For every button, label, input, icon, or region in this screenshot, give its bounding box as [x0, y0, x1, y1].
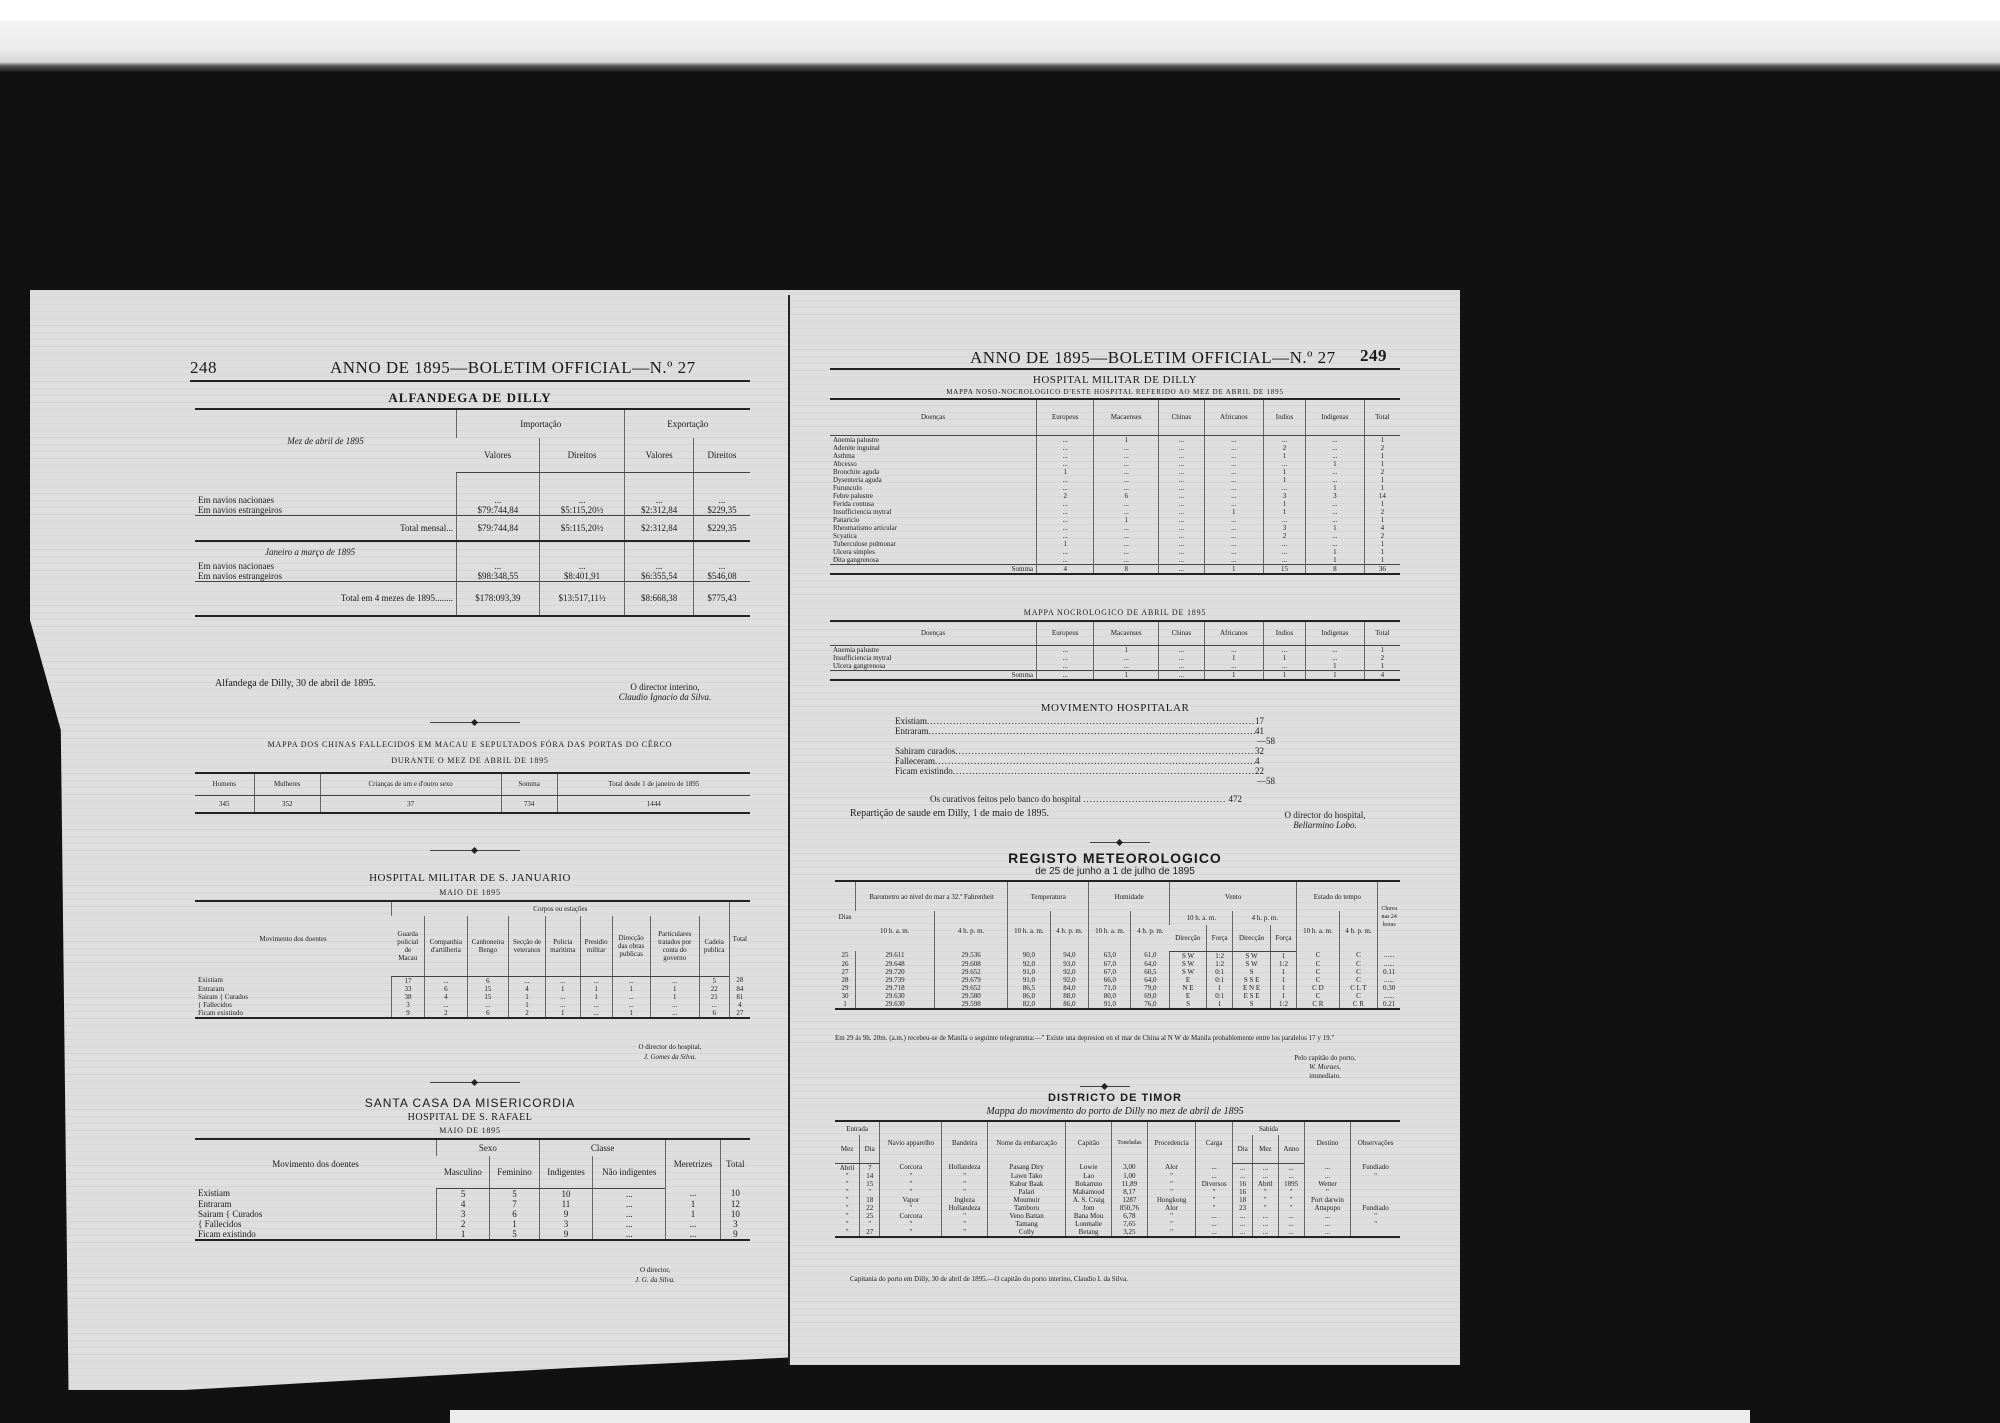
table-row: Ulcera simples...............11: [830, 548, 1400, 556]
movimento-subtotal: —58: [895, 736, 1275, 746]
running-head: ANNO DE 1895—BOLETIM OFFICIAL—N.º 27: [330, 358, 696, 378]
table-row: Ficam existindo159......9: [195, 1229, 750, 1240]
hospital-dilly-title: HOSPITAL MILITAR DE DILLY: [830, 374, 1400, 386]
timor-title: DISTRICTO DE TIMOR: [830, 1092, 1400, 1104]
running-head: ANNO DE 1895—BOLETIM OFFICIAL—N.º 27: [970, 348, 1336, 368]
meteorologico-title: REGISTO METEOROLOGICO: [830, 850, 1400, 866]
table-row: { Fallecidos213......3: [195, 1219, 750, 1229]
movimento-line: Existiam................................…: [895, 716, 1275, 726]
table-row: Scyatica............2...2: [830, 532, 1400, 540]
section-ornament: [1090, 842, 1150, 843]
table-row: 2729.72029.65291,092,067,060,5S W0:1S1CC…: [835, 968, 1400, 976]
scanner-top-strip: [0, 0, 2000, 72]
movimento-line: Sahiram curados.........................…: [895, 746, 1275, 756]
hospital-dilly-table: DoençasEuropeusMacaensesChinasAfricanosI…: [830, 398, 1400, 575]
table-row: Em navios nacionaes ... ... ... ...: [195, 561, 750, 571]
table-row: "14""Lawn TakoLao1,00"...............": [835, 1172, 1400, 1180]
col-header: Indigenas: [1306, 621, 1365, 645]
s-januario-title: HOSPITAL MILITAR DE S. JANUARIO: [190, 872, 750, 884]
section-ornament: [430, 850, 520, 851]
col-header: Europeus: [1037, 399, 1094, 435]
misericordia-title: SANTA CASA DA MISERICORDIA: [190, 1096, 750, 1110]
section-ornament: [1080, 1086, 1130, 1087]
movimento-lines: Existiam................................…: [895, 716, 1275, 786]
table-row: Sairam { Curados384151...1...12181: [195, 993, 750, 1001]
table-row: Em navios estrangeiros $79:744,84 $5:115…: [195, 505, 750, 516]
page-number: 248: [190, 358, 217, 378]
col-header: Indios: [1263, 399, 1305, 435]
col-header: Direitos: [693, 438, 750, 473]
table-row: Bronchite aguda1.........1...2: [830, 468, 1400, 476]
table-row: """"PalariMahamood8,17""16""": [835, 1188, 1400, 1196]
table-row: Febre palustre26......3314: [830, 492, 1400, 500]
chinas-title-line2: DURANTE O MEZ DE ABRIL DE 1895: [190, 756, 750, 765]
col-header: Valores: [457, 438, 540, 473]
right-page: ANNO DE 1895—BOLETIM OFFICIAL—N.º 27 249…: [790, 290, 1460, 1365]
header-rule: [190, 380, 750, 382]
table-row: Existiam17...6...............528: [195, 976, 750, 985]
col-header: Indios: [1263, 621, 1305, 645]
total-mensal-row: Total mensal... $79:744,84 $5:115,20½ $2…: [195, 515, 750, 541]
table-row: Panaricio...1............1: [830, 516, 1400, 524]
movimento-place-date: Repartição de saude em Dilly, 1 de maio …: [850, 808, 1049, 819]
col-header: Macaenses: [1094, 399, 1159, 435]
table-row: Rheumatismo articular............314: [830, 524, 1400, 532]
col-header: Europeus: [1037, 621, 1094, 645]
movimento-line: Ficam existindo.........................…: [895, 766, 1275, 776]
table-row: Anemia palustre...1............1: [830, 435, 1400, 444]
misericordia-signature: O director, J. G. da Silva.: [590, 1265, 720, 1285]
nocrologico-title: MAPPA NOCROLOGICO DE ABRIL DE 1895: [830, 608, 1400, 617]
alfandega-signature: O director interino, Claudio Ignacio da …: [590, 682, 740, 702]
meteorologico-subtitle: de 25 de junho a 1 de julho de 1895: [830, 866, 1400, 877]
movimento-signature: O director do hospital, Bellarmino Lobo.: [1250, 810, 1400, 830]
header-rule: [830, 368, 1400, 370]
meteorologico-signature: Pelo capitão do porto, W. Moraes, immedi…: [1270, 1054, 1380, 1081]
col-header: Africanos: [1204, 399, 1263, 435]
col-header: Doenças: [830, 399, 1037, 435]
s-januario-signature: O director do hospital, J. Gomes da Silv…: [600, 1042, 740, 1062]
movimento-line: Falleceram..............................…: [895, 756, 1275, 766]
table-row: Abcesso...............11: [830, 460, 1400, 468]
s-januario-table: Movimento dos doentes Corpos ou estações…: [195, 900, 750, 1019]
section-ornament: [430, 1082, 520, 1083]
table-row: Dysenteria aguda............1...1: [830, 476, 1400, 484]
timor-subtitle: Mappa do movimento do porto de Dilly no …: [830, 1106, 1400, 1117]
table-row: { Fallecidos3......1...............4: [195, 1001, 750, 1009]
alfandega-table: Mez de abril de 1895 Importação Exportaç…: [195, 408, 750, 617]
col-header: Indigenas: [1306, 399, 1365, 435]
table-row: Sairam { Curados369...110: [195, 1209, 750, 1219]
col-header: Direitos: [539, 438, 625, 473]
table-row: Insufficiencia mytral.........11...2: [830, 654, 1400, 662]
somma-row: Somma...1...1114: [830, 670, 1400, 680]
table-row: 2529.61129.53690,094,063,061,0S W1:2S W1…: [835, 951, 1400, 960]
col-header: Chinas: [1159, 621, 1204, 645]
col-header: Valores: [625, 438, 693, 473]
timor-table: Entrada Navio apparelho Bandeira Nome da…: [835, 1120, 1400, 1238]
left-page: 248 ANNO DE 1895—BOLETIM OFFICIAL—N.º 27…: [30, 290, 800, 1390]
col-header: Total: [1364, 399, 1400, 435]
table-row: "22"HollandezaTamboruJom850,76Alor"23""A…: [835, 1204, 1400, 1212]
total-4-meses-row: Total em 4 mezes de 1895........ $178:09…: [195, 582, 750, 616]
table-row: Insufficiencia mytral.........11...2: [830, 508, 1400, 516]
somma-row: Somma48...115836: [830, 564, 1400, 574]
table-row: 2629.64829.60892,093,067,064,0S W1:2S W1…: [835, 960, 1400, 968]
misericordia-table: Movimento dos doentes Sexo Classe Meretr…: [195, 1138, 750, 1241]
table-row: "15""Kabur BaakBokamno11,89"Diversos16Ab…: [835, 1180, 1400, 1188]
table-row: Em navios estrangeiros $98:348,55 $8:401…: [195, 571, 750, 582]
table-row: Ferida contusa............1...1: [830, 500, 1400, 508]
table-row: 2829.73929.67991,092,066,064,0E0:1S S E1…: [835, 976, 1400, 984]
col-header: Chinas: [1159, 399, 1204, 435]
col-header: Macaenses: [1094, 621, 1159, 645]
period1-label: Mez de abril de 1895: [195, 409, 457, 473]
table-row: Tuberculose pulmonar1...............1: [830, 540, 1400, 548]
nocrologico-table: DoençasEuropeusMacaensesChinasAfricanosI…: [830, 620, 1400, 681]
exportacao-header: Exportação: [625, 409, 750, 438]
misericordia-date: MAIO DE 1895: [190, 1126, 750, 1135]
scanner-bottom-strip: [450, 1410, 1750, 1423]
col-header: Total: [1364, 621, 1400, 645]
section-ornament: [430, 722, 520, 723]
table-row: 345 352 37 734 1444: [195, 795, 750, 813]
movimento-line: Entraram................................…: [895, 726, 1275, 736]
chinas-title-line1: MAPPA DOS CHINAS FALLECIDOS EM MACAU E S…: [190, 740, 750, 749]
movimento-title: MOVIMENTO HOSPITALAR: [830, 702, 1400, 714]
misericordia-subtitle: HOSPITAL DE S. RAFAEL: [190, 1112, 750, 1123]
s-januario-subtitle: MAIO DE 1895: [190, 888, 750, 897]
importacao-header: Importação: [457, 409, 625, 438]
curativos-line: Os curativos feitos pelo banco do hospit…: [930, 794, 1242, 804]
alfandega-place-date: Alfandega de Dilly, 30 de abril de 1895.: [215, 678, 376, 689]
table-row: 129.63029.59882,086,091,076,0S1S1:2C RC …: [835, 1000, 1400, 1009]
table-row: Asthma............1...1: [830, 452, 1400, 460]
table-row: Entraram4711...112: [195, 1199, 750, 1209]
table-row: Entraram33615411112284: [195, 985, 750, 993]
table-row: Ficam existindo92621...1...627: [195, 1009, 750, 1018]
timor-footer: Capitania do porto em Dilly, 30 de abril…: [850, 1275, 1128, 1283]
page-number: 249: [1360, 346, 1387, 366]
table-row: "18VaporInglezaMoumuirA. S. Craig1287Hon…: [835, 1196, 1400, 1204]
table-row: 3029.63029.58086,088,080,069,0E0:1E S E1…: [835, 992, 1400, 1000]
hospital-dilly-subtitle: MAPPA NOSO-NOCROLOGICO D'ESTE HOSPITAL R…: [830, 388, 1400, 396]
table-row: Ulcera gangrenosa...............11: [830, 662, 1400, 671]
table-row: """"TamangLonmalie7,65"...............": [835, 1220, 1400, 1228]
meteorologico-note: Em 29 ás 9h. 20m. (a.m.) recebeu-se de M…: [835, 1034, 1400, 1043]
table-row: "25Corcora"Veno BattanBana Mou6,78".....…: [835, 1212, 1400, 1220]
table-row: Dita gangrenosa...............11: [830, 556, 1400, 565]
table-row: Furunculo...............11: [830, 484, 1400, 492]
movimento-subtotal: —58: [895, 776, 1275, 786]
table-row: Abril7CorcoraHollandezaPasang DiryLowie3…: [835, 1163, 1400, 1172]
col-header: Doenças: [830, 621, 1037, 645]
period2-label: Janeiro a março de 1895: [195, 541, 457, 561]
table-row: Existiam5510......10: [195, 1188, 750, 1199]
table-row: "27""CollyBetang3,25"...............: [835, 1228, 1400, 1237]
table-row: Em navios nacionaes ... ... ... ...: [195, 495, 750, 505]
meteorologico-table: Dias Barometro ao nivel do mar a 32.º Fa…: [835, 880, 1400, 1010]
chinas-table: Homens Mulheres Crianças de um e d'outro…: [195, 772, 750, 814]
table-row: Anemia palustre...1............1: [830, 645, 1400, 654]
table-row: Adenite inguinal............2...2: [830, 444, 1400, 452]
col-header: Africanos: [1204, 621, 1263, 645]
table-row: 2929.71829.65286,584,071,079,0N E1E N E1…: [835, 984, 1400, 992]
alfandega-title: ALFANDEGA DE DILLY: [190, 390, 750, 406]
